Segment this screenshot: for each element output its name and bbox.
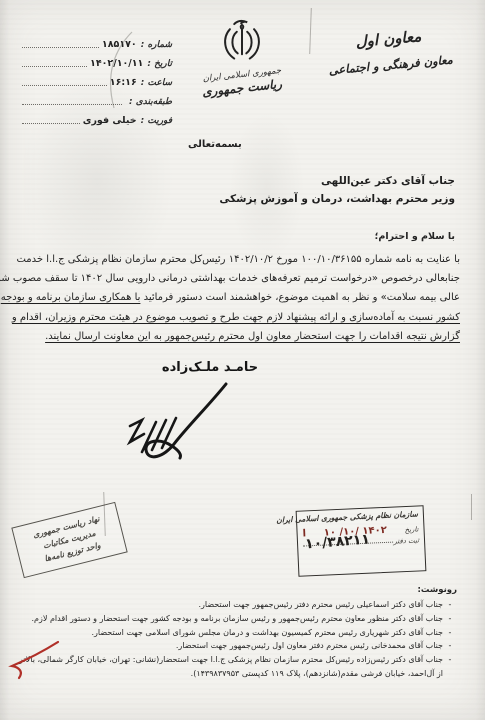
- handwritten-signature: [122, 378, 252, 474]
- cc-label: رونوشت:: [14, 585, 457, 595]
- urgency-value: خیلی فوری: [83, 115, 137, 126]
- cc-dash-5: -: [443, 653, 457, 681]
- letterhead: معاون اول معاون فرهنگی و اجتماعی: [310, 23, 468, 78]
- urgency-label: فوریت :: [141, 116, 172, 126]
- cc-item-2: - جناب آقای دکتر منظور معاون محترم رئیس‌…: [14, 612, 457, 626]
- scan-wrinkle-curve: [92, 30, 142, 110]
- cc-dash-2: -: [443, 612, 457, 626]
- cc-dash-4: -: [443, 639, 457, 653]
- cc-item-3: - جناب آقای دکتر شهریاری رئیس محترم کمیس…: [14, 626, 457, 640]
- urgency-line: [22, 123, 80, 124]
- stamp-org-name: سازمان نظام پزشکی جمهوری اسلامی ایران: [302, 509, 418, 523]
- signer-name: حامـد ملـک‌زاده: [150, 360, 270, 375]
- iran-coat-of-arms-icon: [183, 18, 301, 68]
- body-line-3-plain: عالی بیمه سلامت» و نظر به اهمیت موضوع، خ…: [140, 292, 460, 303]
- recipient-name: جناب آقای دکتر عین‌اللهی: [219, 172, 455, 190]
- recipient-block: جناب آقای دکتر عین‌اللهی وزیر محترم بهدا…: [219, 172, 455, 208]
- number-line: [22, 47, 99, 48]
- stamp-register-label: ثبت دفتر: [393, 536, 419, 545]
- cc-text-2: جناب آقای دکتر منظور معاون محترم رئیس‌جم…: [14, 612, 443, 626]
- body-line-2: جنابعالی درخصوص «درخواست ترمیم تعرفه‌های…: [20, 269, 460, 288]
- stamp-register-row: ثبت دفتر ۱۰/۳۸۲۱۱: [303, 536, 419, 549]
- body-line-1: با عنایت به نامه شماره ۱۰۰/۱۰/۳۶۱۵۵ مورخ…: [20, 250, 460, 269]
- letterhead-first-deputy: معاون اول: [310, 23, 466, 54]
- cc-section: رونوشت: - جناب آقای دکتر اسماعیلی رئیس م…: [14, 585, 457, 681]
- date-line: [22, 66, 87, 67]
- cc-dash-3: -: [443, 626, 457, 640]
- meta-row-urgency: فوریت : خیلی فوری: [22, 114, 172, 126]
- time-label: ساعت :: [141, 78, 172, 88]
- stamp-date-label: تاریخ: [404, 525, 418, 534]
- cc-item-4: - جناب آقای محمدخانی رئیس محترم دفتر معا…: [14, 639, 457, 653]
- cc-dash-1: -: [443, 598, 457, 612]
- recipient-title: وزیر محترم بهداشت، درمان و آموزش پزشکی: [219, 190, 455, 208]
- medical-council-registration-stamp: سازمان نظام پزشکی جمهوری اسلامی ایران تا…: [296, 505, 427, 577]
- scan-fold-line-right: [471, 494, 472, 520]
- cc-item-5: - جناب آقای دکتر رئیس‌زاده رئیس‌کل محترم…: [14, 653, 457, 681]
- presidency-emblem: جمهوری اسلامی ایران ریاست جمهوری: [183, 18, 301, 95]
- salutation: با سلام و احترام؛: [375, 231, 455, 242]
- cc-text-4: جناب آقای محمدخانی رئیس محترم دفتر معاون…: [14, 639, 443, 653]
- scanned-letter-page: شماره : ۱۸۵۱۷۰ تاریخ : ۱۴۰۲/۱۰/۱۱ ساعت :…: [0, 0, 485, 720]
- body-line-3: عالی بیمه سلامت» و نظر به اهمیت موضوع، خ…: [20, 288, 460, 307]
- number-label: شماره :: [141, 40, 172, 50]
- cc-text-5: جناب آقای دکتر رئیس‌زاده رئیس‌کل محترم س…: [14, 653, 443, 681]
- cc-text-3: جناب آقای دکتر شهریاری رئیس محترم کمیسیو…: [14, 626, 443, 640]
- letterhead-cultural-deputy: معاون فرهنگی و اجتماعی: [313, 51, 469, 78]
- date-label: تاریخ :: [147, 59, 172, 69]
- presidency-office-stamp: نهاد ریاست جمهوری مدیریت مکاتبات واحد تو…: [11, 502, 127, 578]
- body-line-4: کشور نسبت به آماده‌سازی و ارائه پیشنهاد …: [20, 308, 460, 327]
- letter-body: با عنایت به نامه شماره ۱۰۰/۱۰/۳۶۱۵۵ مورخ…: [20, 250, 460, 346]
- body-line-3-underlined: با همکاری سازمان برنامه و بودجه: [1, 292, 141, 303]
- cc-text-1: جناب آقای دکتر اسماعیلی رئیس محترم دفتر …: [14, 598, 443, 612]
- cc-item-1: - جناب آقای دکتر اسماعیلی رئیس محترم دفت…: [14, 598, 457, 612]
- red-pen-mark-icon: [0, 636, 62, 688]
- body-line-5: گزارش نتیجه اقدامات را جهت استحضار معاون…: [20, 327, 460, 346]
- besmele: بسمه‌تعالی: [188, 139, 242, 150]
